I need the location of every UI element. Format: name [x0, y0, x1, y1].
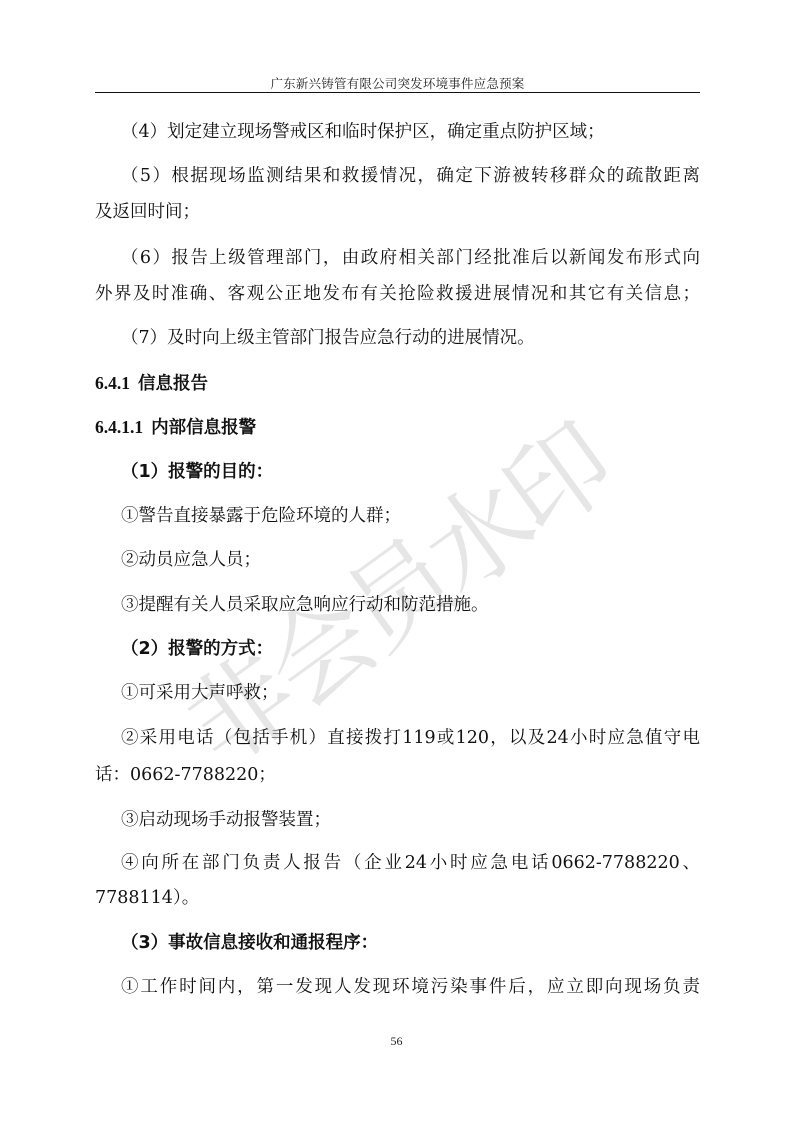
section-title: 信息报告: [138, 374, 208, 394]
page-header-title: 广东新兴铸管有限公司突发环境事件应急预案: [95, 74, 700, 92]
subheading-method: （2）报警的方式：: [95, 637, 726, 661]
list-item-7: （7）及时向上级主管部门报告应急行动的进展情况。: [95, 326, 726, 350]
method-item-2-line1: ②采用电话（包括手机）直接拨打119或120，以及24小时应急值守电: [95, 726, 700, 750]
list-item-4: （4）划定建立现场警戒区和临时保护区，确定重点防护区域；: [95, 120, 726, 144]
purpose-item-2: ②动员应急人员；: [95, 548, 726, 572]
method-item-1: ①可采用大声呼救；: [95, 681, 726, 705]
method-item-4-line1: ④向所在部门负责人报告（企业24小时应急电话0662-7788220、: [95, 851, 700, 875]
list-item-5-line2: 及返回时间；: [95, 200, 700, 224]
method-item-2-line2: 话：0662-7788220；: [95, 763, 700, 787]
method-item-4-line2: 7788114）。: [95, 886, 700, 910]
subheading-purpose: （1）报警的目的：: [95, 460, 726, 484]
section-number: 6.4.1: [95, 373, 130, 393]
procedure-item-1-line1: ①工作时间内，第一发现人发现环境污染事件后，应立即向现场负责: [95, 975, 700, 999]
list-item-5-line1: （5）根据现场监测结果和救援情况，确定下游被转移群众的疏散距离: [95, 164, 700, 188]
header-divider: [95, 92, 700, 93]
subheading-procedure: （3）事故信息接收和通报程序：: [95, 931, 726, 955]
purpose-item-3: ③提醒有关人员采取应急响应行动和防范措施。: [95, 593, 726, 617]
page-number: 56: [0, 1034, 793, 1049]
section-title: 内部信息报警: [151, 418, 256, 438]
section-heading-6-4-1-1: 6.4.1.1内部信息报警: [95, 415, 700, 440]
method-item-3: ③启动现场手动报警装置；: [95, 808, 726, 832]
list-item-6-line1: （6）报告上级管理部门，由政府相关部门经批准后以新闻发布形式向: [95, 246, 700, 270]
list-item-6-line2: 外界及时准确、客观公正地发布有关抢险救援进展情况和其它有关信息；: [95, 282, 700, 306]
section-number: 6.4.1.1: [95, 417, 143, 437]
purpose-item-1: ①警告直接暴露于危险环境的人群；: [95, 504, 726, 528]
section-heading-6-4-1: 6.4.1信息报告: [95, 371, 700, 396]
